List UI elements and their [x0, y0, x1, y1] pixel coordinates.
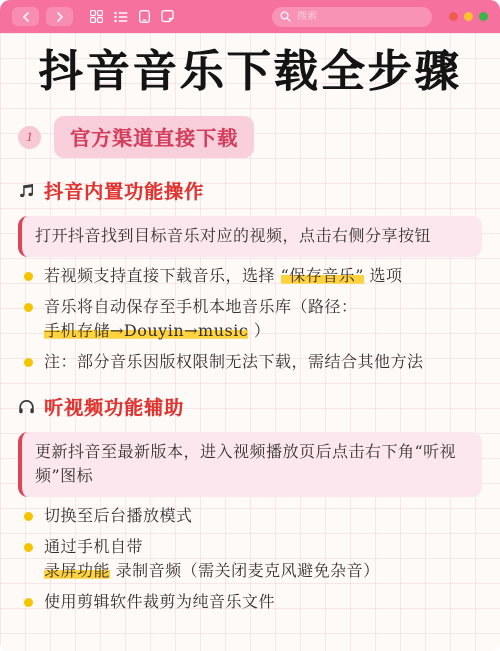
- subsection-listen-video-header: 听视频功能辅助: [18, 393, 482, 420]
- section-1-header: 1 官方渠道直接下载: [18, 116, 482, 158]
- list-item: 音乐将自动保存至手机本地音乐库（路径：手机存储→Douyin→music ）: [18, 295, 482, 343]
- section-title-badge: 官方渠道直接下载: [54, 116, 254, 158]
- grid-icon[interactable]: [90, 10, 103, 23]
- close-window-dot[interactable]: [449, 12, 458, 21]
- bullet-text: 录制音频（需关闭麦克风避免杂音）: [110, 561, 380, 580]
- highlighted-text: 录屏功能: [44, 561, 110, 580]
- bullet-list-listen: 切换至后台播放模式 通过手机自带 录屏功能 录制音频（需关闭麦克风避免杂音） 使…: [18, 504, 482, 614]
- back-chevron-icon: [22, 12, 30, 22]
- bullet-text: 通过手机自带: [44, 537, 143, 556]
- subsection-douyin-builtin-header: 抖音内置功能操作: [18, 177, 482, 204]
- bullet-text: 注：部分音乐因版权限制无法下载，需结合其他方法: [44, 352, 424, 371]
- note-content: 抖音音乐下载全步骤 1 官方渠道直接下载 抖音内置功能操作 打开抖音找到目标音乐…: [0, 33, 500, 651]
- bullet-text: 若视频支持直接下载音乐，选择: [44, 266, 281, 285]
- search-input[interactable]: [297, 11, 424, 22]
- subsection-heading: 抖音内置功能操作: [44, 177, 204, 204]
- bullet-text: 使用剪辑软件裁剪为纯音乐文件: [44, 592, 275, 611]
- callout-update-douyin: 更新抖音至最新版本，进入视频播放页后点击右下角“听视频”图标: [18, 432, 482, 497]
- forward-button[interactable]: [46, 7, 73, 26]
- minimize-window-dot[interactable]: [464, 12, 473, 21]
- music-note-icon: [18, 182, 35, 199]
- browser-toolbar: [0, 0, 500, 33]
- bullet-list-builtin: 若视频支持直接下载音乐，选择 “保存音乐” 选项 音乐将自动保存至手机本地音乐库…: [18, 264, 482, 374]
- list-icon[interactable]: [114, 11, 128, 23]
- page-title: 抖音音乐下载全步骤: [18, 43, 482, 100]
- note-app-window: 抖音音乐下载全步骤 1 官方渠道直接下载 抖音内置功能操作 打开抖音找到目标音乐…: [0, 0, 500, 651]
- back-button[interactable]: [12, 7, 39, 26]
- list-item: 若视频支持直接下载音乐，选择 “保存音乐” 选项: [18, 264, 482, 288]
- list-item: 切换至后台播放模式: [18, 504, 482, 528]
- window-controls: [449, 12, 488, 21]
- section-number-badge: 1: [18, 126, 41, 149]
- forward-chevron-icon: [56, 12, 64, 22]
- maximize-window-dot[interactable]: [479, 12, 488, 21]
- list-item: 通过手机自带 录屏功能 录制音频（需关闭麦克风避免杂音）: [18, 535, 482, 583]
- bullet-text: 选项: [364, 266, 403, 285]
- headphones-icon: [18, 399, 35, 414]
- subsection-heading: 听视频功能辅助: [44, 393, 184, 420]
- list-item: 注：部分音乐因版权限制无法下载，需结合其他方法: [18, 350, 482, 374]
- notes-icon[interactable]: [161, 10, 174, 23]
- highlighted-text: 手机存储→Douyin→music: [44, 321, 248, 340]
- bullet-text: ）: [248, 321, 270, 340]
- search-field[interactable]: [272, 7, 432, 27]
- list-item: 使用剪辑软件裁剪为纯音乐文件: [18, 590, 482, 614]
- search-icon: [280, 7, 291, 26]
- callout-open-douyin: 打开抖音找到目标音乐对应的视频，点击右侧分享按钮: [18, 216, 482, 257]
- bullet-text: 音乐将自动保存至手机本地音乐库（路径：: [44, 297, 358, 316]
- bullet-text: 切换至后台播放模式: [44, 506, 193, 525]
- toolbar-icon-group: [90, 10, 174, 23]
- highlighted-text: “保存音乐”: [281, 266, 364, 285]
- reader-icon[interactable]: [139, 10, 150, 23]
